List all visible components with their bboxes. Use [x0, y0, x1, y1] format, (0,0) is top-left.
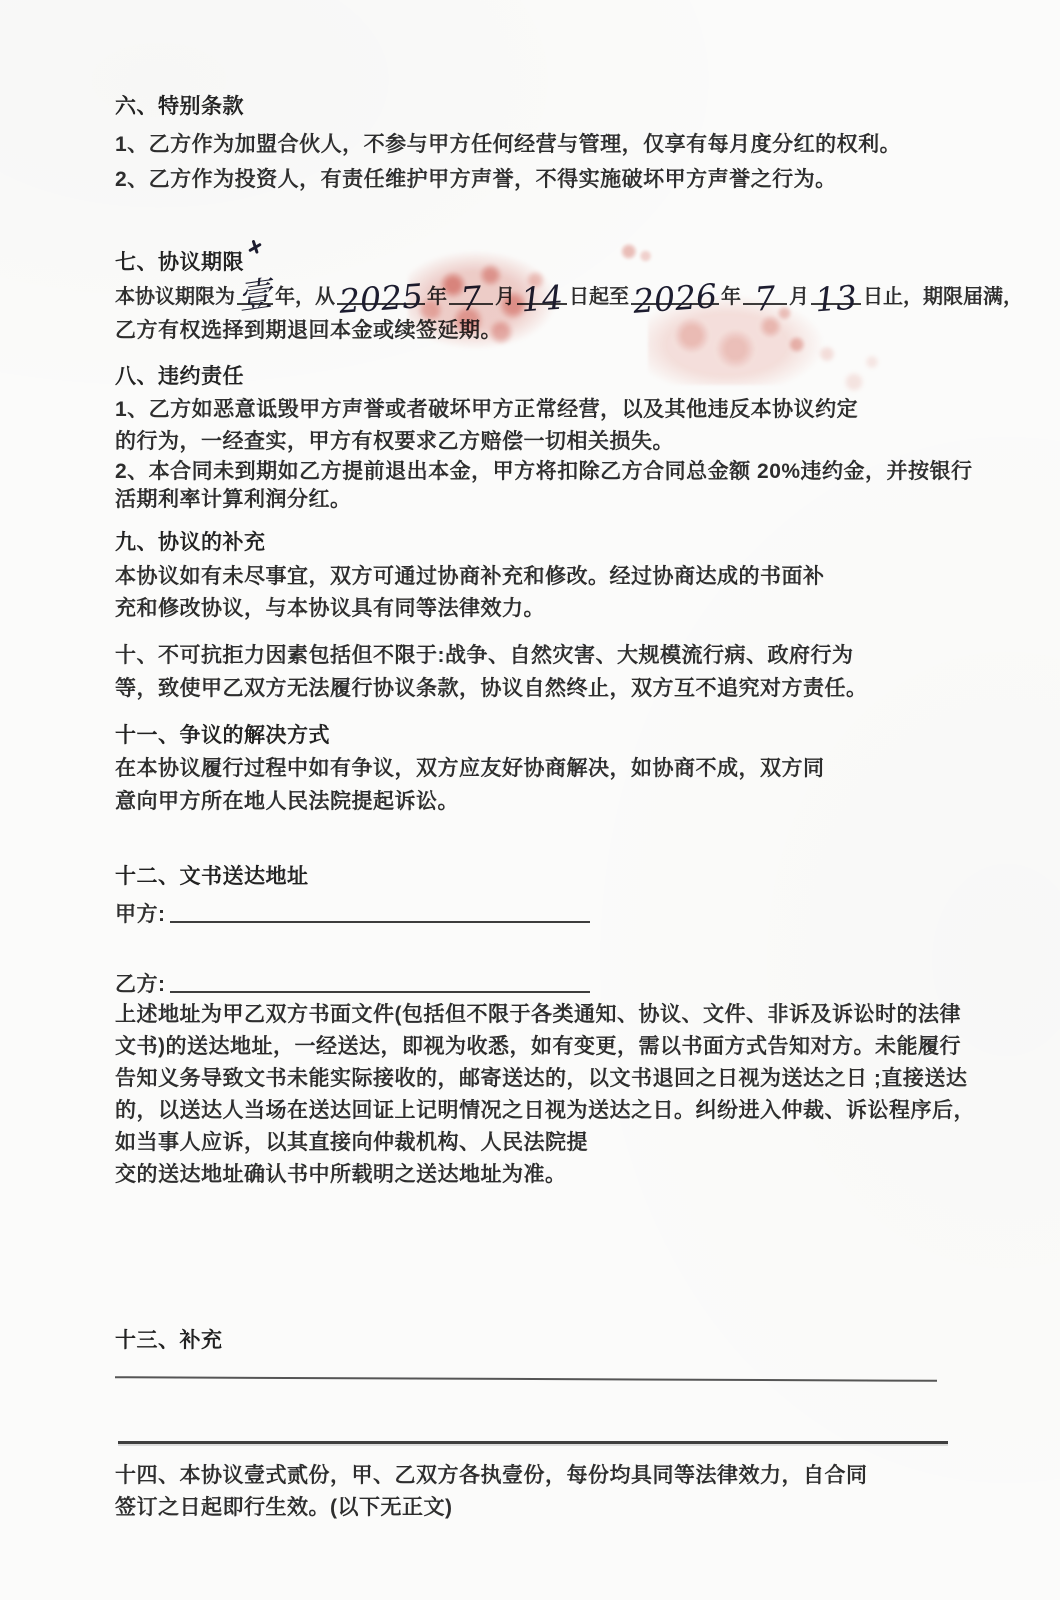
- section-11-title: 十一、争议的解决方式: [115, 721, 330, 751]
- section-12-para-2: 文书)的送达地址，一经送达，即视为收悉，如有变更，需以书面方式告知对方。未能履行: [115, 1032, 961, 1062]
- section-9-line-1: 本协议如有未尽事宜，双方可通过协商补充和修改。经过协商达成的书面补: [115, 562, 825, 592]
- section-8-item-1a: 1、乙方如恶意诋毁甲方声誉或者破坏甲方正常经营，以及其他违反本协议约定: [115, 395, 858, 425]
- section-8-item-2a: 2、本合同未到期如乙方提前退出本金，甲方将扣除乙方合同总金额 20%违约金，并按…: [115, 457, 973, 487]
- start-year-blank: 2025: [337, 283, 425, 305]
- handwriting-start-month: 7: [459, 281, 482, 315]
- section-12-para-6: 交的送达地址确认书中所载明之送达地址为准。: [115, 1160, 567, 1190]
- section-6-item-2: 2、乙方作为投资人，有责任维护甲方声誉，不得实施破坏甲方声誉之行为。: [115, 165, 837, 195]
- term-text-8: 日止，期限届满，: [863, 286, 1023, 308]
- party-b-row: 乙方:: [115, 970, 590, 1000]
- stray-pen-mark: [248, 243, 262, 253]
- handwriting-start-day: 14: [520, 281, 564, 317]
- term-years-blank: 壹: [237, 283, 273, 305]
- party-b-label: 乙方:: [115, 973, 166, 996]
- term-text-3: 年: [427, 286, 447, 308]
- end-day-blank: 13: [811, 283, 861, 305]
- section-10-line-2: 等，致使甲乙双方无法履行协议条款，协议自然终止，双方互不追究对方责任。: [115, 674, 868, 704]
- section-6-item-1: 1、乙方作为加盟合伙人，不参与甲方任何经营与管理，仅享有每月度分红的权利。: [115, 130, 901, 160]
- term-text-1: 本协议期限为: [115, 286, 235, 308]
- section-14-line-2: 签订之日起即行生效。(以下无正文): [115, 1493, 453, 1523]
- section-10-line-1: 十、不可抗拒力因素包括但不限于:战争、自然灾害、大规模流行病、政府行为: [115, 641, 854, 671]
- section-11-line-2: 意向甲方所在地人民法院提起诉讼。: [115, 787, 459, 817]
- party-b-address-blank: [170, 971, 590, 993]
- handwriting-end-day: 13: [814, 281, 858, 317]
- section-7-line-2: 乙方有权选择到期退回本金或续签延期。: [115, 316, 502, 346]
- section-8-item-2b: 活期利率计算利润分红。: [115, 485, 352, 515]
- red-stamp-speck-upper: [612, 238, 660, 268]
- term-text-2: 年，从: [275, 286, 335, 308]
- term-text-7: 月: [789, 286, 809, 308]
- section-13-fill-line: [115, 1376, 937, 1382]
- section-14-line-1: 十四、本协议壹式贰份，甲、乙双方各执壹份，每份均具同等法律效力，自合同: [115, 1461, 868, 1491]
- party-a-label: 甲方:: [115, 903, 166, 926]
- section-12-title: 十二、文书送达地址: [115, 862, 309, 892]
- handwriting-term-years: 壹: [236, 278, 274, 315]
- horizontal-divider-line: [118, 1441, 948, 1444]
- section-8-item-1b: 的行为，一经查实，甲方有权要求乙方赔偿一切相关损失。: [115, 427, 674, 457]
- term-text-6: 年: [721, 286, 741, 308]
- party-a-row: 甲方:: [115, 900, 590, 930]
- handwriting-start-year: 2025: [338, 279, 424, 318]
- handwriting-end-year: 2026: [632, 279, 718, 318]
- handwriting-end-month: 7: [753, 281, 776, 315]
- section-6-title: 六、特别条款: [115, 92, 244, 122]
- section-11-line-1: 在本协议履行过程中如有争议，双方应友好协商解决，如协商不成，双方同: [115, 754, 825, 784]
- end-year-blank: 2026: [631, 283, 719, 305]
- section-13-title: 十三、补充: [115, 1326, 223, 1356]
- term-text-4: 月: [495, 286, 515, 308]
- section-12-para-4: 的，以送达人当场在送达回证上记明情况之日视为送达之日。纠纷进入仲裁、诉讼程序后，: [115, 1096, 975, 1126]
- party-a-address-blank: [170, 901, 590, 923]
- end-month-blank: 7: [743, 283, 787, 305]
- section-12-para-3: 告知义务导致文书未能实际接收的，邮寄送达的，以文书退回之日视为送达之日 ;直接送…: [115, 1064, 967, 1094]
- section-8-title: 八、违约责任: [115, 362, 244, 392]
- section-12-para-5: 如当事人应诉，以其直接向仲裁机构、人民法院提: [115, 1128, 588, 1158]
- section-9-line-2: 充和修改协议，与本协议具有同等法律效力。: [115, 594, 545, 624]
- section-7-term-line: 本协议期限为壹年，从2025年7月14日起至2026年7月13日止，期限届满，: [115, 282, 1023, 312]
- section-12-para-1: 上述地址为甲乙双方书面文件(包括但不限于各类通知、协议、文件、非诉及诉讼时的法律: [115, 1000, 961, 1030]
- start-day-blank: 14: [517, 283, 567, 305]
- term-text-5: 日起至: [569, 286, 629, 308]
- section-9-title: 九、协议的补充: [115, 528, 266, 558]
- section-7-title: 七、协议期限: [115, 248, 244, 278]
- start-month-blank: 7: [449, 283, 493, 305]
- contract-scan-page: 六、特别条款 1、乙方作为加盟合伙人，不参与甲方任何经营与管理，仅享有每月度分红…: [0, 0, 1060, 1600]
